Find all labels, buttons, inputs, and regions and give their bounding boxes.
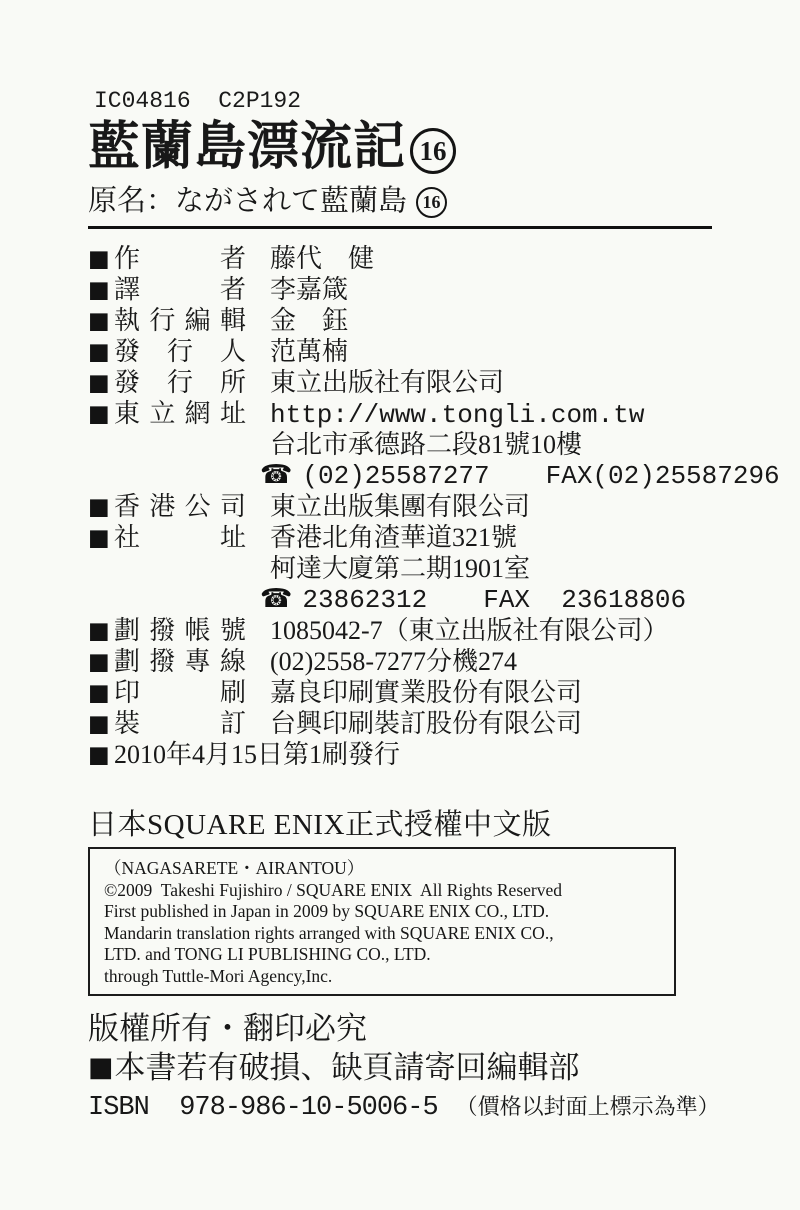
damaged-copy-notice: ■ 本書若有破損、缺頁請寄回編輯部 bbox=[88, 1049, 712, 1087]
translation-rights-line2: LTD. and TONG LI PUBLISHING CO., LTD. bbox=[104, 944, 662, 966]
isbn-number: ISBN 978-986-10-5006-5 bbox=[88, 1092, 438, 1124]
credit-value: 藤代 健 bbox=[270, 243, 374, 274]
credit-label: 作者 bbox=[114, 243, 246, 274]
credit-label: 發行人 bbox=[114, 336, 246, 367]
first-published-line: First published in Japan in 2009 by SQUA… bbox=[104, 901, 662, 923]
credit-value: 台興印刷裝訂股份有限公司 bbox=[270, 708, 582, 739]
damaged-copy-text: 本書若有破損、缺頁請寄回編輯部 bbox=[115, 1049, 580, 1087]
credit-label: 劃撥帳號 bbox=[114, 615, 246, 646]
credit-label: 香港公司 bbox=[114, 491, 246, 522]
bullet-square-icon: ■ bbox=[88, 618, 114, 644]
telephone-icon: ☎ bbox=[260, 584, 292, 615]
credit-row-postal-line: ■ 劃撥專線 (02)2558-7277分機274 bbox=[88, 646, 712, 677]
bullet-square-icon: ■ bbox=[88, 246, 114, 272]
bullet-square-icon: ■ bbox=[88, 711, 114, 737]
rights-reserved-notice: 版權所有・翻印必究 bbox=[88, 1010, 712, 1047]
credit-row-publisher-person: ■ 發行人 范萬楠 bbox=[88, 336, 712, 367]
credit-row-hk-address2: 柯達大廈第二期1901室 bbox=[88, 553, 712, 584]
address-line: 柯達大廈第二期1901室 bbox=[270, 553, 530, 584]
credit-label: 社址 bbox=[114, 522, 246, 553]
website-url: http://www.tongli.com.tw bbox=[270, 400, 644, 431]
credit-value: 范萬楠 bbox=[270, 336, 348, 367]
credit-row-postal-account: ■ 劃撥帳號 1085042-7（東立出版社有限公司） bbox=[88, 615, 712, 646]
header-divider bbox=[88, 226, 712, 229]
license-statement: 日本SQUARE ENIX正式授權中文版 bbox=[88, 808, 712, 842]
original-title-text: 原名：ながされて藍蘭島 bbox=[88, 184, 407, 218]
bullet-square-icon: ■ bbox=[88, 1055, 114, 1081]
credit-label: 裝訂 bbox=[114, 708, 246, 739]
phone-number: (02)25587277 bbox=[302, 461, 489, 492]
credit-row-hk-phone: ☎ 23862312 FAX 23618806 bbox=[88, 584, 712, 615]
copyright-box: （NAGASARETE・AIRANTOU） ©2009 Takeshi Fuji… bbox=[88, 847, 676, 996]
credit-row-printer: ■ 印刷 嘉良印刷實業股份有限公司 bbox=[88, 677, 712, 708]
bullet-square-icon: ■ bbox=[88, 277, 114, 303]
credit-value: 東立出版社有限公司 bbox=[270, 367, 504, 398]
first-print-row: ■ 2010年4月15日第1刷發行 bbox=[88, 739, 712, 770]
credit-value: 金 鈺 bbox=[270, 305, 348, 336]
bullet-square-icon: ■ bbox=[88, 401, 114, 427]
credit-value: 1085042-7（東立出版社有限公司） bbox=[270, 615, 669, 646]
print-code: IC04816 C2P192 bbox=[94, 88, 712, 114]
credit-row-taipei-phone: ☎ (02)25587277 FAX(02)25587296 bbox=[88, 460, 712, 491]
bullet-square-icon: ■ bbox=[88, 308, 114, 334]
fax-number: FAX 23618806 bbox=[483, 585, 686, 616]
original-title: 原名：ながされて藍蘭島 16 bbox=[88, 184, 712, 218]
agency-line: through Tuttle-Mori Agency,Inc. bbox=[104, 966, 662, 988]
bullet-square-icon: ■ bbox=[88, 680, 114, 706]
credit-label: 執行編輯 bbox=[114, 305, 246, 336]
credit-row-website: ■ 東立網址 http://www.tongli.com.tw bbox=[88, 398, 712, 429]
volume-number-small: 16 bbox=[423, 185, 441, 219]
credit-row-hk-address: ■ 社址 香港北角渣華道321號 bbox=[88, 522, 712, 553]
volume-circle-badge: 16 bbox=[410, 128, 456, 174]
credit-row-translator: ■ 譯者 李嘉箴 bbox=[88, 274, 712, 305]
book-title: 藍蘭島漂流記 16 bbox=[88, 118, 712, 178]
volume-circle-badge-small: 16 bbox=[416, 187, 447, 218]
credit-row-publisher: ■ 發行所 東立出版社有限公司 bbox=[88, 367, 712, 398]
credit-label: 印刷 bbox=[114, 677, 246, 708]
bullet-square-icon: ■ bbox=[88, 525, 114, 551]
bullet-square-icon: ■ bbox=[88, 649, 114, 675]
credit-label: 發行所 bbox=[114, 367, 246, 398]
bullet-square-icon: ■ bbox=[88, 339, 114, 365]
credit-row-editor: ■ 執行編輯 金 鈺 bbox=[88, 305, 712, 336]
price-note: （價格以封面上標示為準） bbox=[456, 1091, 720, 1123]
volume-number: 16 bbox=[420, 122, 447, 180]
credit-row-taipei-address: 台北市承德路二段81號10樓 bbox=[88, 429, 712, 460]
fax-number: FAX(02)25587296 bbox=[546, 461, 780, 492]
credit-label: 譯者 bbox=[114, 274, 246, 305]
credit-value: (02)2558-7277分機274 bbox=[270, 646, 517, 677]
telephone-icon: ☎ bbox=[260, 460, 292, 491]
credit-row-binder: ■ 裝訂 台興印刷裝訂股份有限公司 bbox=[88, 708, 712, 739]
book-title-text: 藍蘭島漂流記 bbox=[88, 119, 406, 177]
first-print-date: 2010年4月15日第1刷發行 bbox=[114, 739, 400, 770]
credit-row-hk-company: ■ 香港公司 東立出版集團有限公司 bbox=[88, 491, 712, 522]
credit-value: 李嘉箴 bbox=[270, 274, 348, 305]
credit-row-author: ■ 作者 藤代 健 bbox=[88, 243, 712, 274]
romanized-title: （NAGASARETE・AIRANTOU） bbox=[104, 858, 662, 880]
phone-number: 23862312 bbox=[302, 585, 427, 616]
bullet-square-icon: ■ bbox=[88, 742, 114, 768]
translation-rights-line1: Mandarin translation rights arranged wit… bbox=[104, 923, 662, 945]
address-line: 台北市承德路二段81號10樓 bbox=[270, 429, 582, 460]
credit-value: 嘉良印刷實業股份有限公司 bbox=[270, 677, 582, 708]
isbn-row: ISBN 978-986-10-5006-5 （價格以封面上標示為準） bbox=[88, 1091, 712, 1124]
credits-list: ■ 作者 藤代 健 ■ 譯者 李嘉箴 ■ 執行編輯 金 鈺 ■ 發行人 范萬楠 … bbox=[88, 243, 712, 770]
credit-label: 劃撥專線 bbox=[114, 646, 246, 677]
colophon-page: IC04816 C2P192 藍蘭島漂流記 16 原名：ながされて藍蘭島 16 … bbox=[0, 0, 800, 1210]
copyright-line: ©2009 Takeshi Fujishiro / SQUARE ENIX Al… bbox=[104, 880, 662, 902]
credit-value: 香港北角渣華道321號 bbox=[270, 522, 517, 553]
bullet-square-icon: ■ bbox=[88, 494, 114, 520]
credit-label: 東立網址 bbox=[114, 398, 246, 429]
credit-value: 東立出版集團有限公司 bbox=[270, 491, 530, 522]
bullet-square-icon: ■ bbox=[88, 370, 114, 396]
